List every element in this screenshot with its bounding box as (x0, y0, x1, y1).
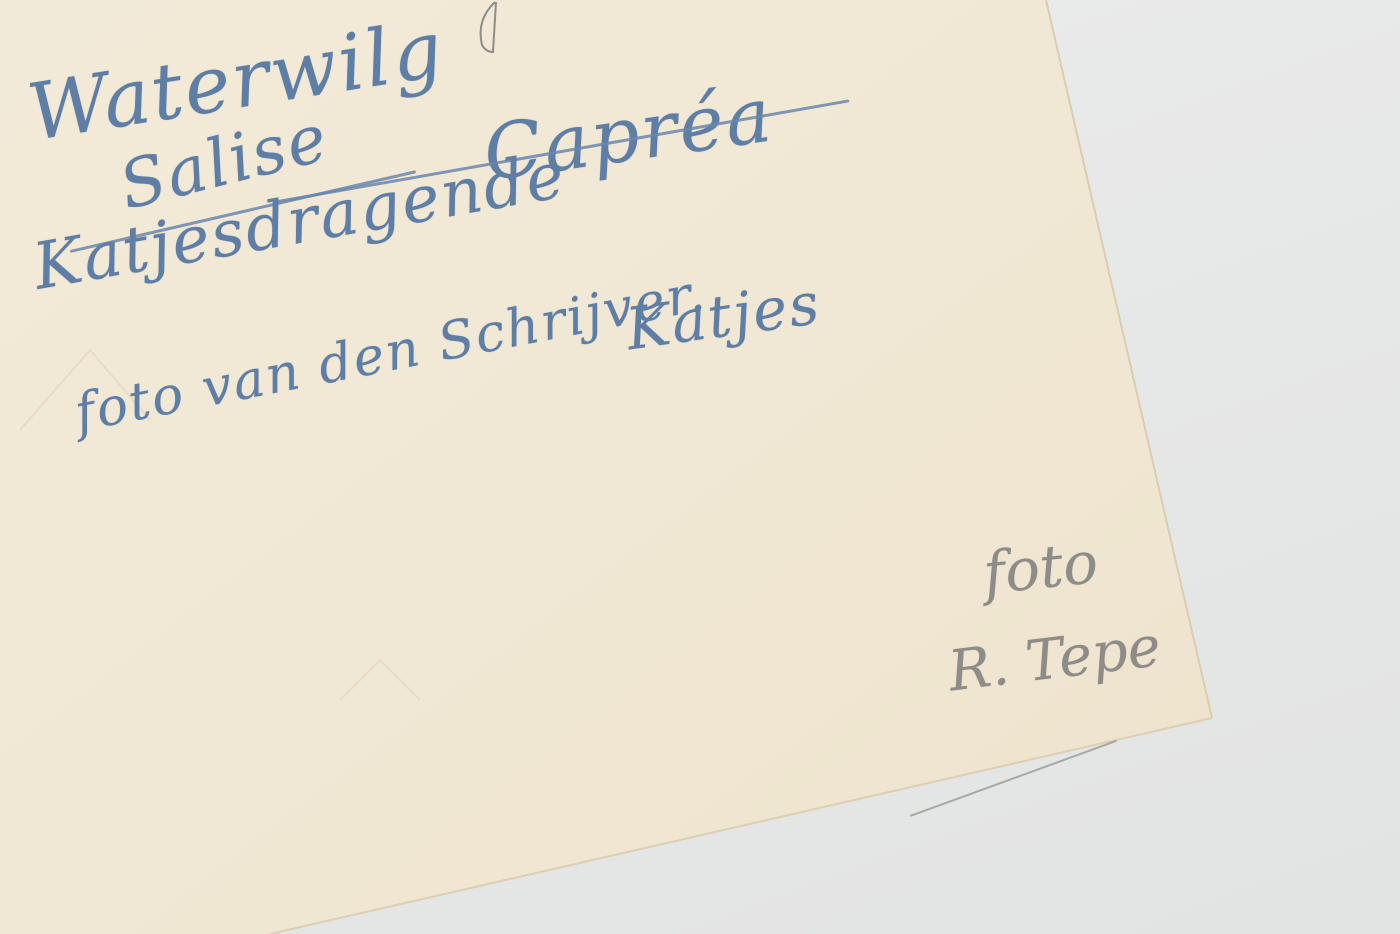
signature-foto: foto (980, 528, 1101, 608)
